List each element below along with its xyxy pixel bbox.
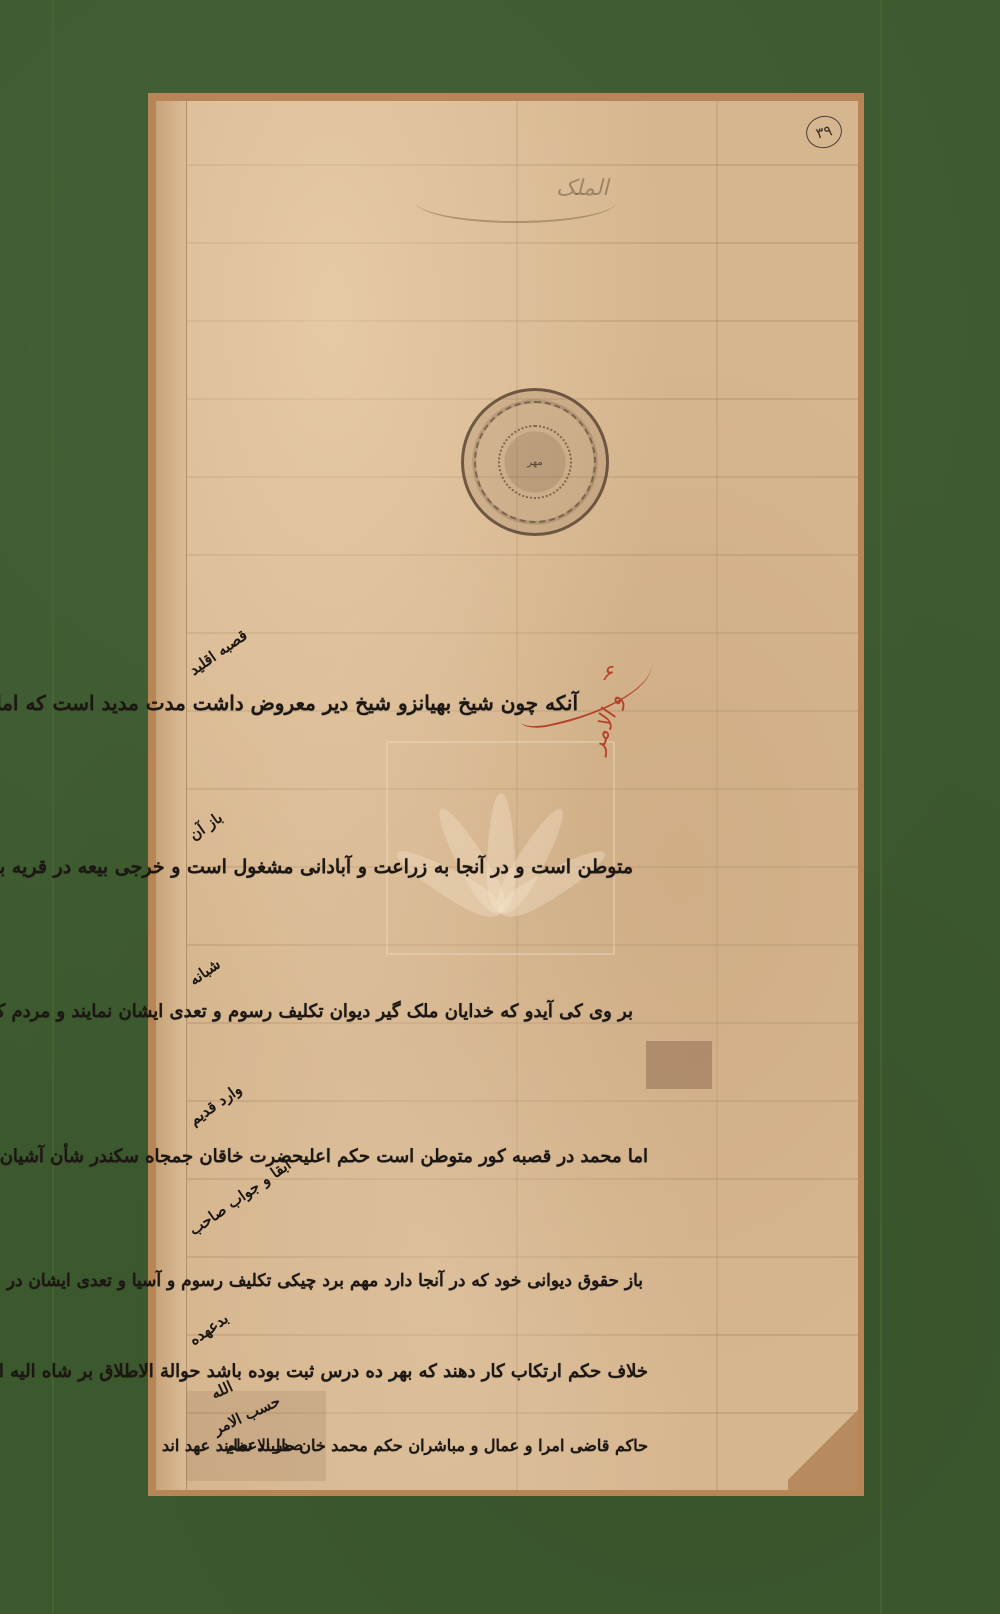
text-line-1: آنکه چون شیخ بهیانزو شیخ دیر معروض داشت … (0, 691, 578, 715)
text-line-2: متوطن است و در آنجا به زراعت و آبادانی م… (0, 856, 633, 878)
margin-note-5: ابقا و جواب صاحب (186, 1155, 295, 1239)
watermark-logo (386, 741, 615, 955)
document-frame: ۳۹ الملک مهر و الامر ۶ آنکه چون شیخ بهیا… (148, 93, 864, 1496)
pencil-swash (416, 181, 616, 223)
seal-ring (474, 401, 596, 523)
seal-impression: مهر (461, 388, 609, 536)
text-line-3: بر وی کی آیدو که خدایان ملک گیر دیوان تک… (0, 1001, 633, 1022)
folio-number: ۳۹ (802, 112, 845, 152)
signature-line-2: صدر الاعظم (226, 1436, 303, 1454)
margin-note-2: باز آن (186, 808, 226, 844)
text-line-4: اما محمد در قصبه کور متوطن است حکم اعلیح… (0, 1146, 648, 1167)
document-paper: ۳۹ الملک مهر و الامر ۶ آنکه چون شیخ بهیا… (156, 101, 858, 1490)
text-line-5: باز حقوق دیوانی خود که در آنجا دارد مهم … (0, 1271, 643, 1291)
margin-note-1: قصبه اقلید (186, 626, 251, 679)
text-line-6: خلاف حکم ارتکاب کار دهند که بهر ده درس ث… (0, 1361, 648, 1382)
margin-note-3: شبانه (186, 955, 224, 989)
corner-repair (788, 1400, 858, 1490)
margin-note-6: بدعهده (186, 1309, 232, 1349)
paper-patch (646, 1041, 712, 1089)
mat-crease-right (880, 0, 882, 1614)
margin-note-4: وارد قدیم (186, 1080, 245, 1129)
